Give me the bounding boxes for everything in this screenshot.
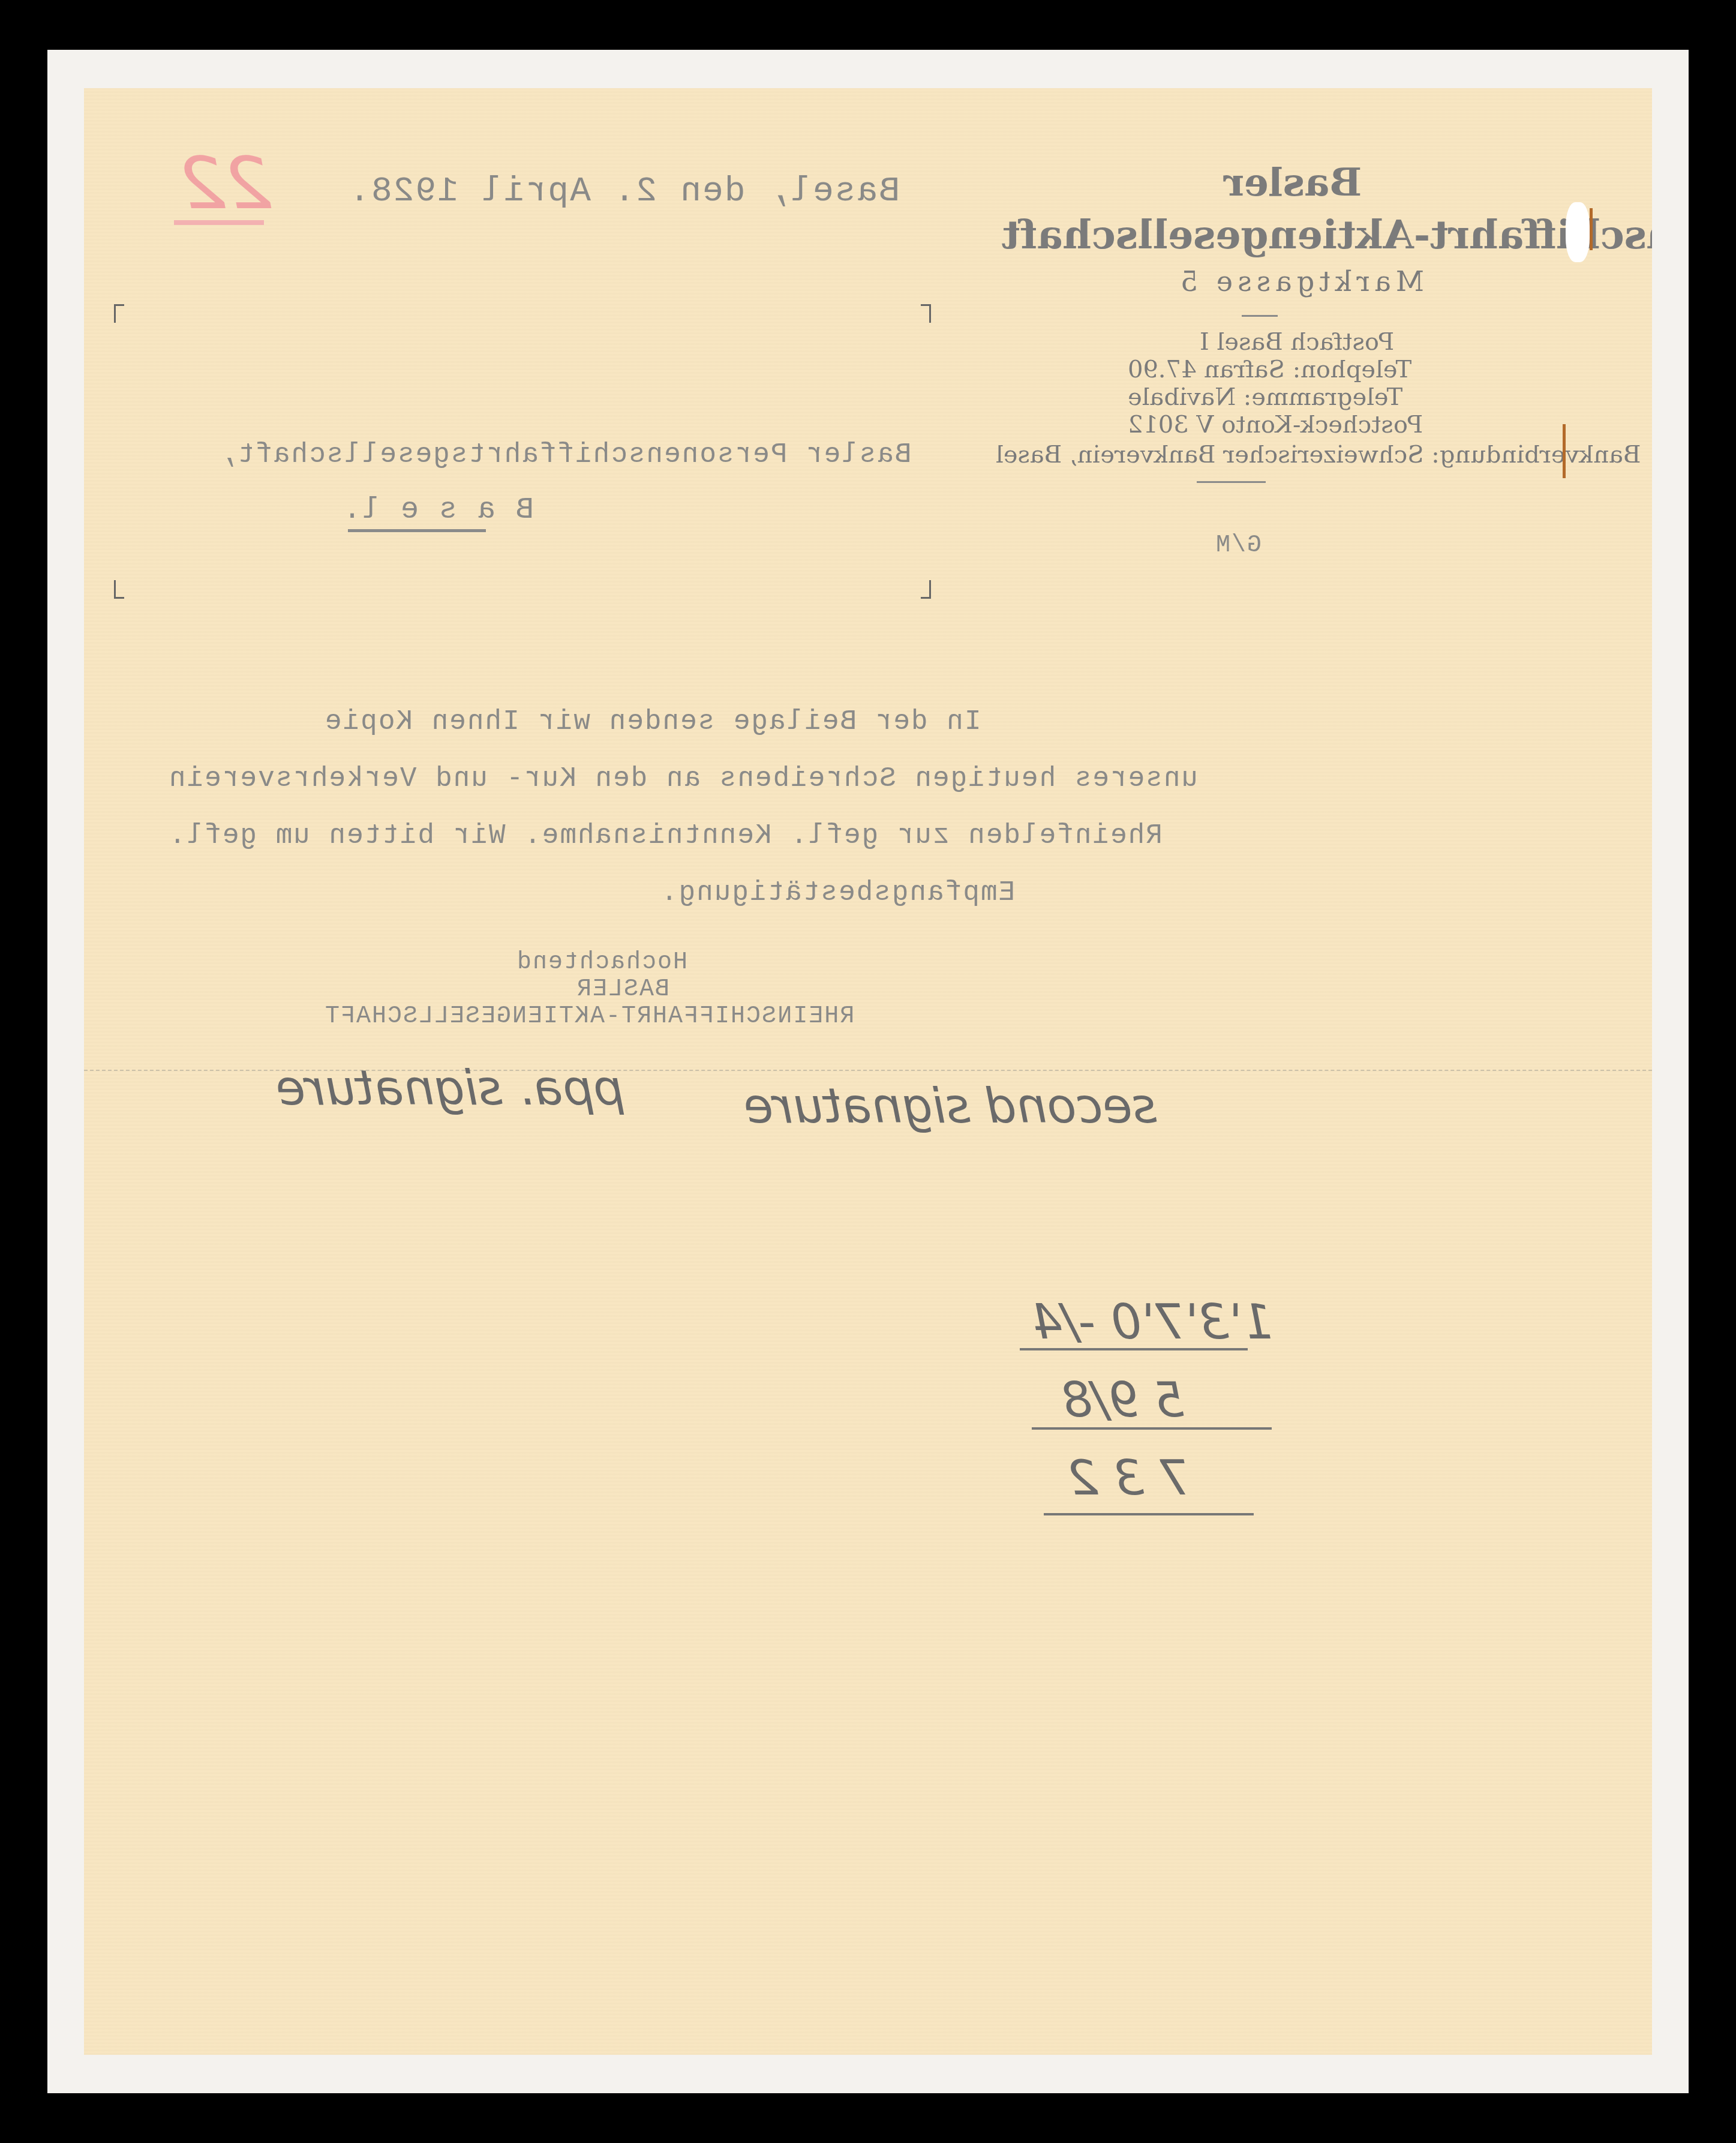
body-line-4: Empfangsbestätigung. xyxy=(660,877,1015,908)
folio-number: 22 xyxy=(180,142,272,226)
letterhead-divider xyxy=(1242,315,1278,317)
letterhead-telegramme: Telegramme: Navibale xyxy=(1128,383,1402,411)
rust-stain-1 xyxy=(1590,208,1593,250)
address-bracket-tl xyxy=(114,304,124,323)
letterhead-ornament xyxy=(1197,481,1266,483)
pencil-note-1: 1'3'7'0 -/4 xyxy=(1032,1294,1273,1350)
address-bracket-bl xyxy=(114,580,124,599)
pencil-line-1 xyxy=(1020,1348,1248,1350)
letterhead-address: Marktgasse 5 xyxy=(1176,265,1424,298)
recipient-city-underline xyxy=(348,529,486,532)
signature-2: second signature xyxy=(744,1078,1157,1134)
closing-company-2: RHEINSCHIFFAHRT-AKTIENGESELLSCHAFT xyxy=(324,1003,854,1030)
body-line-3: Rheinfelden zur gefl. Kenntnisnahme. Wir… xyxy=(168,820,1163,851)
closing-salutation: Hochachtend xyxy=(516,949,687,976)
rust-stain-2 xyxy=(1563,424,1566,478)
date-line: Basel, den 2. April 1928. xyxy=(348,172,900,211)
reference-initials: G/M xyxy=(1215,532,1262,559)
address-bracket-br xyxy=(921,580,931,599)
letterhead-company: Rheinschiffahrt-Aktiengesellschaft xyxy=(1002,211,1652,258)
pencil-note-2: 5 9/8 xyxy=(1062,1372,1185,1428)
recipient-city: B a s e l. xyxy=(342,493,534,527)
signature-1: ppa. signature xyxy=(276,1060,624,1116)
letterhead-telephon: Telephon: Safran 47.90 xyxy=(1128,356,1411,383)
paper-tear xyxy=(1566,202,1590,262)
address-bracket-tr xyxy=(921,304,931,323)
folio-underline xyxy=(174,220,264,225)
body-line-1: In der Beilage senden wir Ihnen Kopie xyxy=(324,706,981,737)
letterhead-basler: Basler xyxy=(1224,160,1362,205)
letterhead-postcheck: Postcheck-Konto V 3012 xyxy=(1128,411,1423,439)
closing-company-1: BASLER xyxy=(576,976,669,1003)
pencil-line-3 xyxy=(1044,1513,1254,1515)
letterhead-postfach: Postfach Basel I xyxy=(1200,328,1394,356)
letterhead-bank: Bankverbindung: Schweizerischer Bankvere… xyxy=(996,441,1641,469)
pencil-note-3: 7 3 2 xyxy=(1068,1450,1190,1506)
recipient-name: Basler Personenschiffahrtsgesellschaft, xyxy=(219,439,912,470)
letter-page: 22 Basel, den 2. April 1928. Basler Rhei… xyxy=(84,88,1652,2055)
body-line-2: unseres heutigen Schreibens an den Kur- … xyxy=(168,763,1198,794)
pencil-line-2 xyxy=(1032,1427,1272,1430)
